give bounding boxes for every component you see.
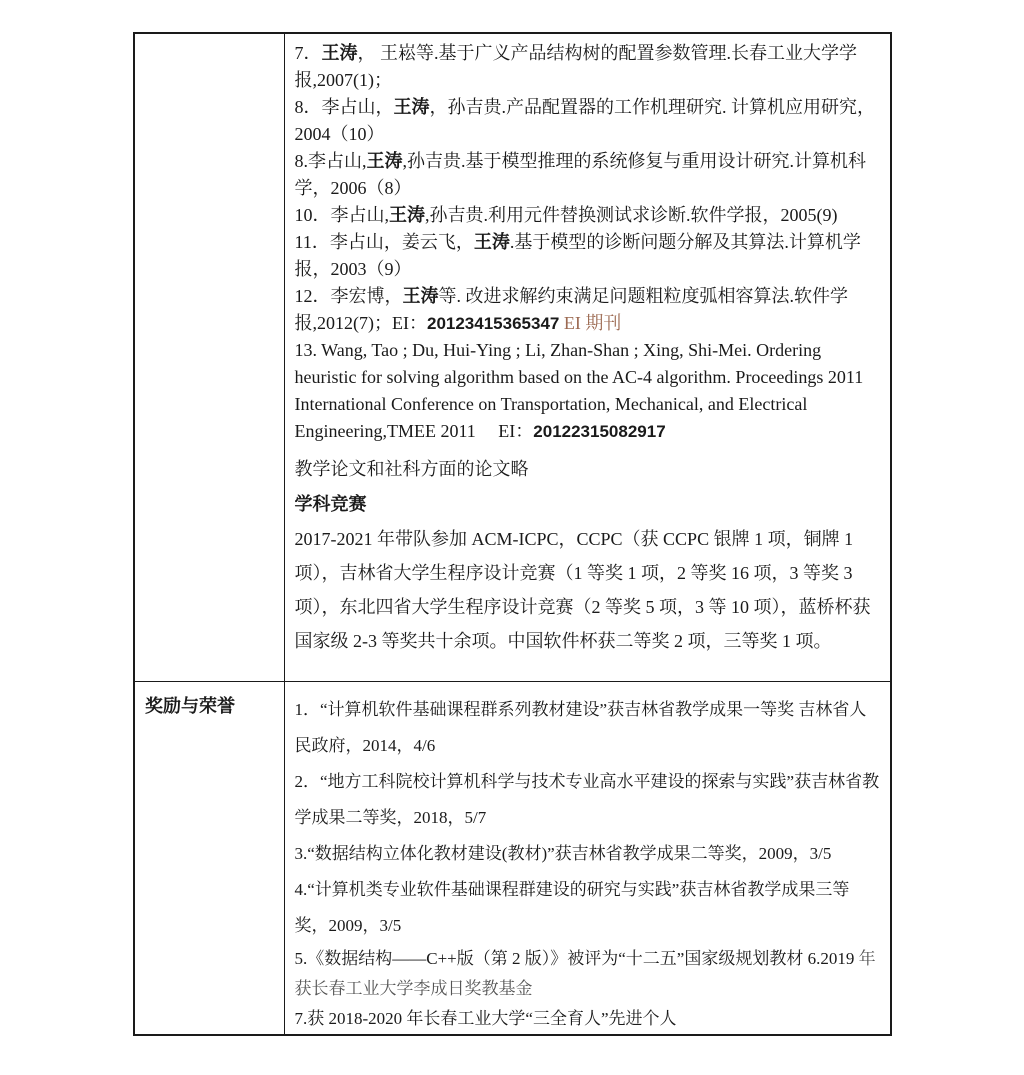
text-segment: 4.“计算机类专业软件基础课程群建设的研究与实践”获吉林省教学成果三等奖，200…	[295, 880, 850, 935]
text-segment: 7．	[295, 43, 322, 63]
publication-item: 11．李占山，姜云飞，王涛.基于模型的诊断问题分解及其算法.计算机学报，2003…	[295, 229, 882, 283]
award-item: 1．“计算机软件基础课程群系列教材建设”获吉林省教学成果一等奖 吉林省人民政府，…	[295, 692, 882, 764]
text-segment: 8.李占山,	[295, 151, 367, 171]
award-item: 3.“数据结构立体化教材建设(教材)”获吉林省教学成果二等奖，2009，3/5	[295, 836, 882, 872]
cv-table: 7．王涛， 王崧等.基于广义产品结构树的配置参数管理.长春工业大学学报,2007…	[133, 32, 892, 1036]
publication-item: 10．李占山,王涛,孙吉贵.利用元件替换测试求诊断.软件学报，2005(9)	[295, 202, 882, 229]
award-item: 7.获 2018-2020 年长春工业大学“三全育人”先进个人	[295, 1004, 882, 1034]
text-segment: 1．“计算机软件基础课程群系列教材建设”获吉林省教学成果一等奖 吉林省人民政府，…	[295, 700, 867, 755]
awards-list: 1．“计算机软件基础课程群系列教材建设”获吉林省教学成果一等奖 吉林省人民政府，…	[295, 688, 882, 1034]
text-segment: 王涛	[403, 286, 439, 306]
text-segment: 王涛	[322, 43, 358, 63]
text-segment: 10．李占山,	[295, 205, 390, 225]
text-segment: ,孙吉贵.利用元件替换测试求诊断.软件学报，2005(9)	[425, 205, 838, 225]
document-page: 7．王涛， 王崧等.基于广义产品结构树的配置参数管理.长春工业大学学报,2007…	[0, 0, 1024, 1075]
text-segment: 8．李占山，	[295, 97, 394, 117]
text-segment: ， 王崧等.基于广义产品结构树的配置参数管理.长春工业大学学报,2007(1)；	[295, 43, 858, 90]
text-segment: 12．李宏博，	[295, 286, 403, 306]
text-segment: 11．李占山，姜云飞，	[295, 232, 474, 252]
row1-label-cell	[134, 33, 284, 681]
text-segment: 7.获 2018-2020 年长春工业大学“三全育人”先进个人	[295, 1009, 677, 1028]
row2-label-cell: 奖励与荣誉	[134, 681, 284, 1035]
publication-item: 12．李宏博，王涛等. 改进求解约束满足问题粗粒度弧相容算法.软件学报,2012…	[295, 283, 882, 337]
publications-list: 7．王涛， 王崧等.基于广义产品结构树的配置参数管理.长春工业大学学报,2007…	[295, 40, 882, 445]
award-item: 4.“计算机类专业软件基础课程群建设的研究与实践”获吉林省教学成果三等奖，200…	[295, 872, 882, 944]
row1-label	[135, 34, 284, 44]
text-segment: 王涛	[367, 151, 403, 171]
competition-paragraph: 2017-2021 年带队参加 ACM-ICPC，CCPC（获 CCPC 银牌 …	[295, 522, 882, 658]
text-segment: 20123415365347	[427, 314, 559, 333]
competition-heading: 学科竞赛	[295, 488, 882, 520]
awards-row: 奖励与荣誉 1．“计算机软件基础课程群系列教材建设”获吉林省教学成果一等奖 吉林…	[134, 681, 891, 1035]
text-segment: 3.“数据结构立体化教材建设(教材)”获吉林省教学成果二等奖，2009，3/5	[295, 844, 832, 863]
award-item: 2．“地方工科院校计算机科学与技术专业高水平建设的探索与实践”获吉林省教学成果二…	[295, 764, 882, 836]
publications-row: 7．王涛， 王崧等.基于广义产品结构树的配置参数管理.长春工业大学学报,2007…	[134, 33, 891, 681]
award-item: 5.《数据结构——C++版（第 2 版）》被评为“十二五”国家级规划教材 6.2…	[295, 944, 882, 1004]
text-segment: 王涛	[394, 97, 430, 117]
text-segment: 王涛	[389, 205, 425, 225]
row2-content-cell: 1．“计算机软件基础课程群系列教材建设”获吉林省教学成果一等奖 吉林省人民政府，…	[284, 681, 891, 1035]
row1-content-cell: 7．王涛， 王崧等.基于广义产品结构树的配置参数管理.长春工业大学学报,2007…	[284, 33, 891, 681]
publication-item: 7．王涛， 王崧等.基于广义产品结构树的配置参数管理.长春工业大学学报,2007…	[295, 40, 882, 94]
awards-row-label: 奖励与荣誉	[135, 682, 284, 718]
publication-item: 13. Wang, Tao ; Du, Hui-Ying ; Li, Zhan-…	[295, 337, 882, 445]
publication-item: 8.李占山,王涛,孙吉贵.基于模型推理的系统修复与重用设计研究.计算机科学，20…	[295, 148, 882, 202]
text-segment: 王涛	[474, 232, 510, 252]
text-segment: EI 期刊	[559, 313, 621, 333]
text-segment: 5.《数据结构——C++版（第 2 版）》被评为“十二五”国家级规划教材 6.2…	[295, 949, 859, 968]
text-segment: 20122315082917	[533, 422, 665, 441]
publication-item: 8．李占山，王涛，孙吉贵.产品配置器的工作机理研究. 计算机应用研究，2004（…	[295, 94, 882, 148]
note-line: 教学论文和社科方面的论文略	[295, 454, 882, 484]
text-segment: 2．“地方工科院校计算机科学与技术专业高水平建设的探索与实践”获吉林省教学成果二…	[295, 772, 880, 827]
